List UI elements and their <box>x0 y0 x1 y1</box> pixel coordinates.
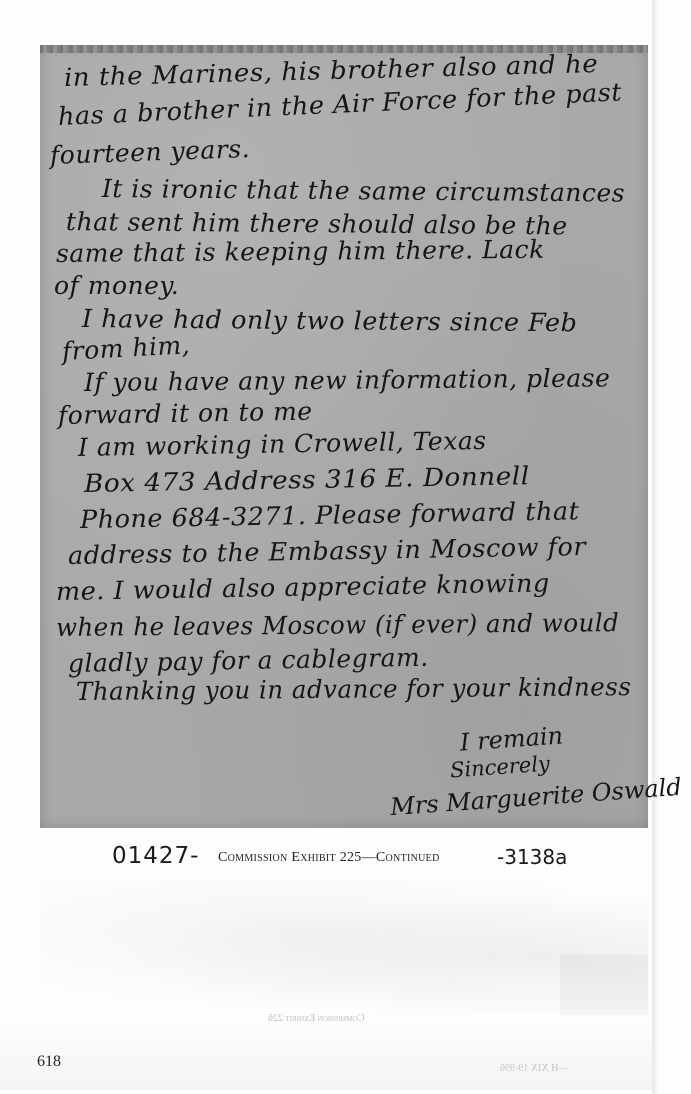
exhibit-caption: 01427- Commission Exhibit 225—Continued … <box>112 843 592 873</box>
exhibit-label: Commission Exhibit 225—Continued <box>218 850 440 866</box>
letter-line-17: when he leaves Moscow (if ever) and woul… <box>56 608 620 642</box>
bottom-shading <box>0 1020 652 1090</box>
letter-line-16: me. I would also appreciate knowing <box>56 568 550 606</box>
letter-line-11: forward it on to me <box>58 397 313 430</box>
document-number-right: -3138a <box>497 845 567 869</box>
letter-line-18: gladly pay for a cablegram. <box>68 643 429 678</box>
letter-line-14: Phone 684-3271. Please forward that <box>80 496 580 534</box>
bleed-through-shadow <box>560 955 648 1015</box>
letter-line-7: of money. <box>54 271 179 300</box>
letter-line-4: It is ironic that the same circumstances <box>102 174 625 208</box>
letter-line-15: address to the Embassy in Moscow for <box>68 532 587 570</box>
letter-line-13: Box 473 Address 316 E. Donnell <box>84 461 530 498</box>
letter-line-9: from him, <box>61 330 191 366</box>
page-edge-shadow <box>652 0 660 1094</box>
letter-line-3: fourteen years. <box>49 134 250 170</box>
handwritten-letter-photo: in the Marines, his brother also and he … <box>40 45 648 828</box>
letter-line-6: same that is keeping him there. Lack <box>56 235 545 268</box>
page-number: 618 <box>37 1053 61 1071</box>
letter-line-19: Thanking you in advance for your kindnes… <box>76 672 632 706</box>
letter-line-12: I am working in Crowell, Texas <box>78 426 487 462</box>
letter-line-10: If you have any new information, please <box>84 363 611 397</box>
bleed-through-area <box>40 880 648 1010</box>
document-number-left: 01427- <box>112 843 199 869</box>
document-page: in the Marines, his brother also and he … <box>0 0 691 1094</box>
signature: Mrs Marguerite Oswald <box>389 773 682 821</box>
